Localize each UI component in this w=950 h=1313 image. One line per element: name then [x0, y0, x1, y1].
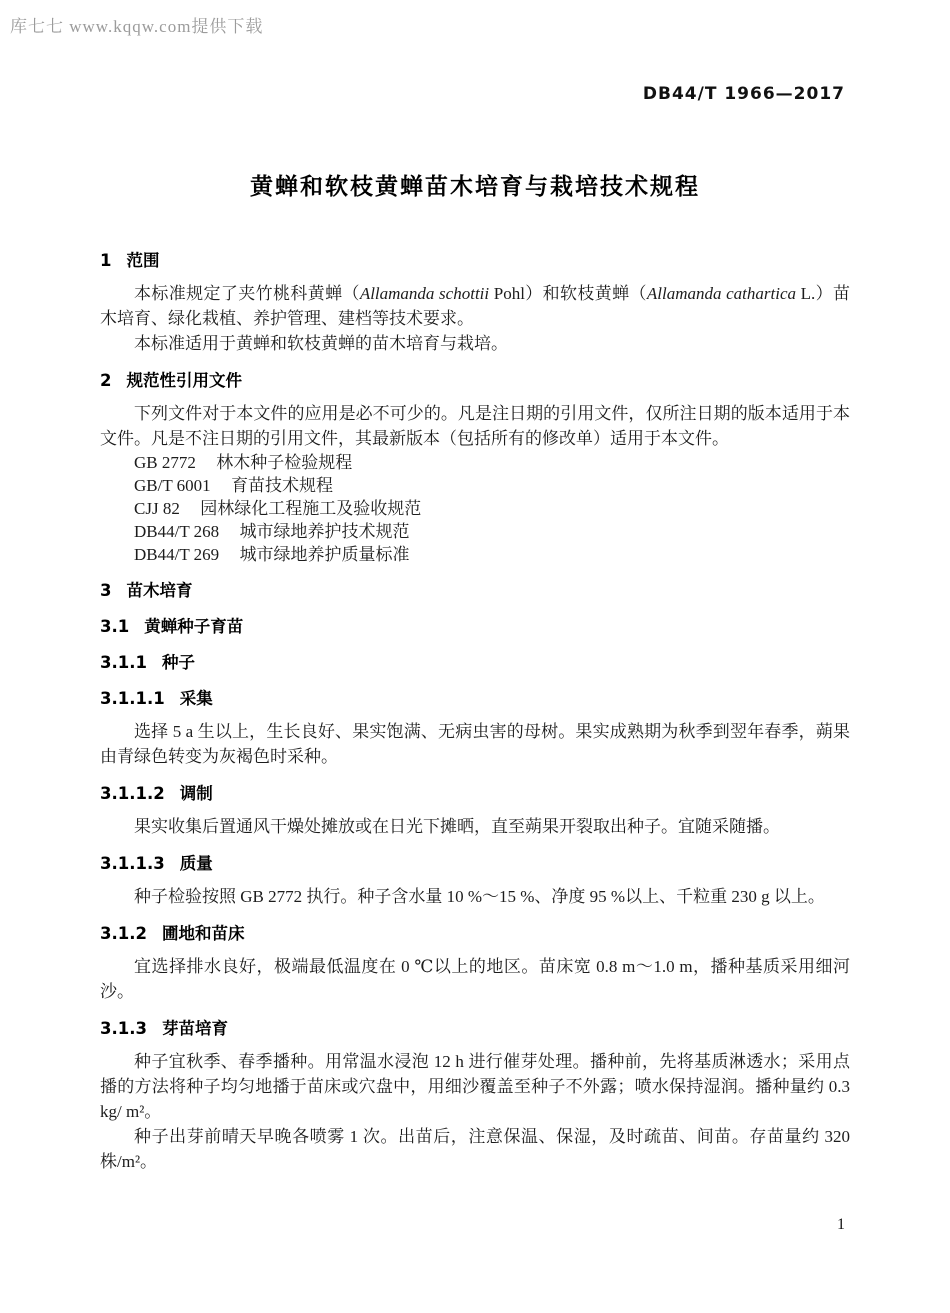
document-body: 1范围 本标准规定了夹竹桃科黄蝉（Allamanda schottii Pohl… — [100, 250, 850, 1174]
reference-code: DB44/T 269 — [134, 545, 219, 564]
clause-3-1-1-2-title: 调制 — [180, 784, 213, 803]
clause-3-1-3-title: 芽苗培育 — [162, 1019, 228, 1038]
reference-item: DB44/T 268城市绿地养护技术规范 — [100, 520, 850, 543]
clause-3-1-1-2-heading: 3.1.1.2调制 — [100, 783, 850, 805]
scope-p1-latin-name-2: Allamanda cathartica — [647, 284, 796, 303]
clause-3-1-1-1-title: 采集 — [180, 689, 213, 708]
clause-3-1-number: 3.1 — [100, 617, 129, 636]
collection-paragraph: 选择 5 a 生以上，生长良好、果实饱满、无病虫害的母树。果实成熟期为秋季到翌年… — [100, 719, 850, 769]
clause-3-1-3-heading: 3.1.3芽苗培育 — [100, 1018, 850, 1040]
reference-item: GB/T 6001育苗技术规程 — [100, 474, 850, 497]
clause-2-heading: 2规范性引用文件 — [100, 370, 850, 392]
clause-1-number: 1 — [100, 251, 111, 270]
clause-2-number: 2 — [100, 371, 111, 390]
clause-3-1-1-2-number: 3.1.1.2 — [100, 784, 165, 803]
clause-3-1-1-3-heading: 3.1.1.3质量 — [100, 853, 850, 875]
document-page: 库七七 www.kqqw.com提供下载 DB44/T 1966—2017 黄蝉… — [0, 0, 950, 1313]
clause-3-1-1-title: 种子 — [162, 653, 195, 672]
scope-p1-seg3: Pohl）和软枝黄蝉（ — [489, 284, 647, 303]
document-title: 黄蝉和软枝黄蝉苗木培育与栽培技术规程 — [0, 168, 950, 201]
quality-paragraph: 种子检验按照 GB 2772 执行。种子含水量 10 %～15 %、净度 95 … — [100, 884, 850, 909]
watermark-text: 库七七 www.kqqw.com提供下载 — [10, 12, 263, 37]
clause-3-1-2-number: 3.1.2 — [100, 924, 147, 943]
reference-name: 林木种子检验规程 — [216, 453, 352, 472]
scope-p1-latin-name-1: Allamanda schottii — [360, 284, 489, 303]
clause-3-1-1-number: 3.1.1 — [100, 653, 147, 672]
clause-3-1-2-title: 圃地和苗床 — [162, 924, 245, 943]
clause-2-title: 规范性引用文件 — [126, 371, 242, 390]
scope-paragraph-1: 本标准规定了夹竹桃科黄蝉（Allamanda schottii Pohl）和软枝… — [100, 281, 850, 331]
reference-name: 城市绿地养护技术规范 — [240, 522, 410, 541]
references-intro: 下列文件对于本文件的应用是必不可少的。凡是注日期的引用文件，仅所注日期的版本适用… — [100, 401, 850, 451]
clause-3-number: 3 — [100, 581, 111, 600]
reference-name: 育苗技术规程 — [231, 476, 333, 495]
clause-3-1-heading: 3.1黄蝉种子育苗 — [100, 616, 850, 638]
reference-code: DB44/T 268 — [134, 522, 219, 541]
sprout-cultivation-paragraph-1: 种子宜秋季、春季播种。用常温水浸泡 12 h 进行催芽处理。播种前，先将基质淋透… — [100, 1049, 850, 1124]
clause-3-title: 苗木培育 — [126, 581, 192, 600]
scope-p1-seg1: 本标准规定了夹竹桃科黄蝉（ — [134, 284, 360, 303]
clause-3-1-2-heading: 3.1.2圃地和苗床 — [100, 923, 850, 945]
page-number: 1 — [837, 1216, 845, 1234]
clause-1-heading: 1范围 — [100, 250, 850, 272]
standard-doc-number: DB44/T 1966—2017 — [643, 84, 845, 104]
clause-3-1-1-3-number: 3.1.1.3 — [100, 854, 165, 873]
reference-code: CJJ 82 — [134, 499, 180, 518]
clause-3-1-title: 黄蝉种子育苗 — [144, 617, 243, 636]
scope-paragraph-2: 本标准适用于黄蝉和软枝黄蝉的苗木培育与栽培。 — [100, 331, 850, 356]
reference-list: GB 2772林木种子检验规程 GB/T 6001育苗技术规程 CJJ 82园林… — [100, 451, 850, 566]
clause-3-1-1-3-title: 质量 — [180, 854, 213, 873]
clause-3-1-1-1-heading: 3.1.1.1采集 — [100, 688, 850, 710]
reference-item: DB44/T 269城市绿地养护质量标准 — [100, 543, 850, 566]
reference-name: 城市绿地养护质量标准 — [240, 545, 410, 564]
reference-name: 园林绿化工程施工及验收规范 — [200, 499, 421, 518]
clause-1-title: 范围 — [126, 251, 159, 270]
reference-code: GB 2772 — [134, 453, 196, 472]
clause-3-1-1-1-number: 3.1.1.1 — [100, 689, 165, 708]
reference-code: GB/T 6001 — [134, 476, 211, 495]
reference-item: CJJ 82园林绿化工程施工及验收规范 — [100, 497, 850, 520]
clause-3-heading: 3苗木培育 — [100, 580, 850, 602]
clause-3-1-3-number: 3.1.3 — [100, 1019, 147, 1038]
reference-item: GB 2772林木种子检验规程 — [100, 451, 850, 474]
sprout-cultivation-paragraph-2: 种子出芽前晴天早晚各喷雾 1 次。出苗后，注意保温、保湿，及时疏苗、间苗。存苗量… — [100, 1124, 850, 1174]
processing-paragraph: 果实收集后置通风干燥处摊放或在日光下摊晒，直至蒴果开裂取出种子。宜随采随播。 — [100, 814, 850, 839]
nursery-bed-paragraph: 宜选择排水良好，极端最低温度在 0 ℃以上的地区。苗床宽 0.8 m～1.0 m… — [100, 954, 850, 1004]
clause-3-1-1-heading: 3.1.1种子 — [100, 652, 850, 674]
